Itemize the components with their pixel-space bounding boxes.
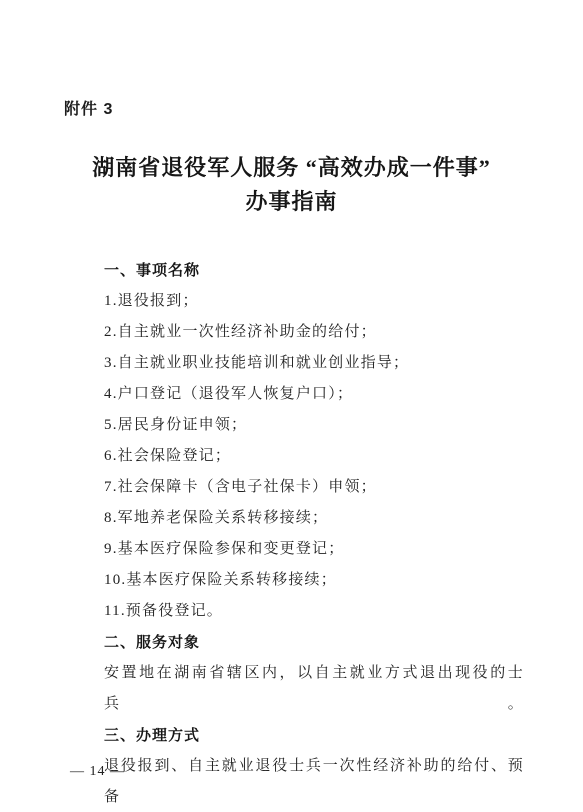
section-3-heading: 三、办理方式 [104,720,524,751]
section-1-heading: 一、事项名称 [104,255,524,286]
document-page: 附件 3 湖南省退役军人服务 “高效办成一件事” 办事指南 一、事项名称 1.退… [0,0,583,812]
list-item: 2.自主就业一次性经济补助金的给付； [104,317,524,348]
list-item: 4.户口登记（退役军人恢复户口）； [104,379,524,410]
list-item: 9.基本医疗保险参保和变更登记； [104,534,524,565]
list-item: 1.退役报到； [104,286,524,317]
list-item: 5.居民身份证申领； [104,410,524,441]
document-body: 一、事项名称 1.退役报到； 2.自主就业一次性经济补助金的给付； 3.自主就业… [104,255,524,812]
document-title: 湖南省退役军人服务 “高效办成一件事” 办事指南 [0,151,583,219]
page-number-footer: — 14 — [70,764,125,780]
document-title-line-1: 湖南省退役军人服务 “高效办成一件事” [0,151,583,185]
list-item: 10.基本医疗保险关系转移接续； [104,565,524,596]
attachment-label: 附件 3 [64,96,113,119]
list-item: 7.社会保障卡（含电子社保卡）申领； [104,472,524,503]
list-item: 8.军地养老保险关系转移接续； [104,503,524,534]
section-3-paragraph: 退役报到、自主就业退役士兵一次性经济补助的给付、预备 [104,751,524,812]
list-item: 3.自主就业职业技能培训和就业创业指导； [104,348,524,379]
document-title-line-2: 办事指南 [0,185,583,219]
list-item: 6.社会保险登记； [104,441,524,472]
section-2-paragraph: 安置地在湖南省辖区内，以自主就业方式退出现役的士兵。 [104,658,524,720]
section-2-heading: 二、服务对象 [104,627,524,658]
list-item: 11.预备役登记。 [104,596,524,627]
